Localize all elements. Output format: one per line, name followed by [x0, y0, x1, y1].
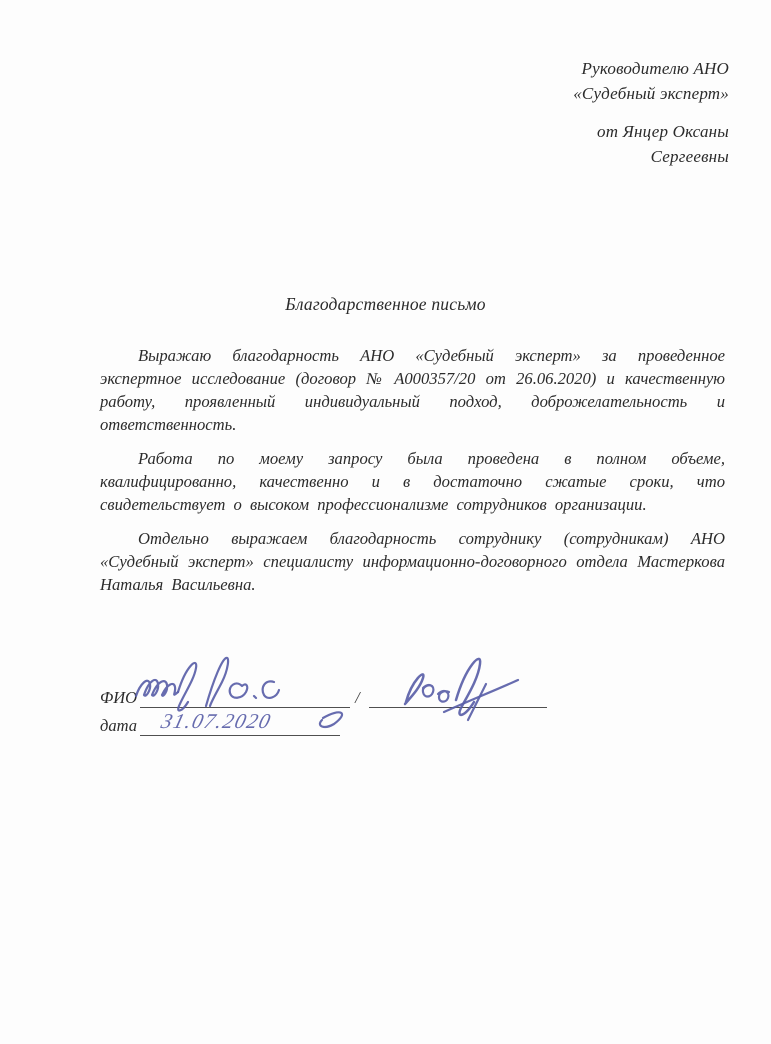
paragraph-3: Отдельно выражаем благодарность сотрудни… [100, 527, 725, 596]
scanned-letter-page: Руководителю АНО «Судебный эксперт» от Я… [0, 0, 771, 1044]
recipient-line-1: Руководителю АНО [573, 56, 729, 81]
sender-line-2: Сергеевны [573, 144, 729, 169]
recipient-line-2: «Судебный эксперт» [573, 81, 729, 106]
recipient-block: Руководителю АНО «Судебный эксперт» от Я… [573, 56, 729, 169]
date-row: дата [100, 712, 547, 736]
signature-block: ФИО / дата [100, 684, 547, 740]
fio-signature-line [140, 687, 350, 708]
fio-label: ФИО [100, 688, 140, 708]
date-label: дата [100, 716, 140, 736]
fio-row: ФИО / [100, 684, 547, 708]
second-signature-line [369, 687, 547, 708]
paragraph-1: Выражаю благодарность АНО «Судебный эксп… [100, 344, 725, 436]
letter-body: Выражаю благодарность АНО «Судебный эксп… [100, 344, 725, 607]
separator-slash: / [350, 688, 369, 708]
date-line [140, 715, 340, 736]
letter-title: Благодарственное письмо [73, 294, 698, 315]
paragraph-2: Работа по моему запросу была проведена в… [100, 447, 725, 516]
sender-line-1: от Янцер Оксаны [573, 119, 729, 144]
